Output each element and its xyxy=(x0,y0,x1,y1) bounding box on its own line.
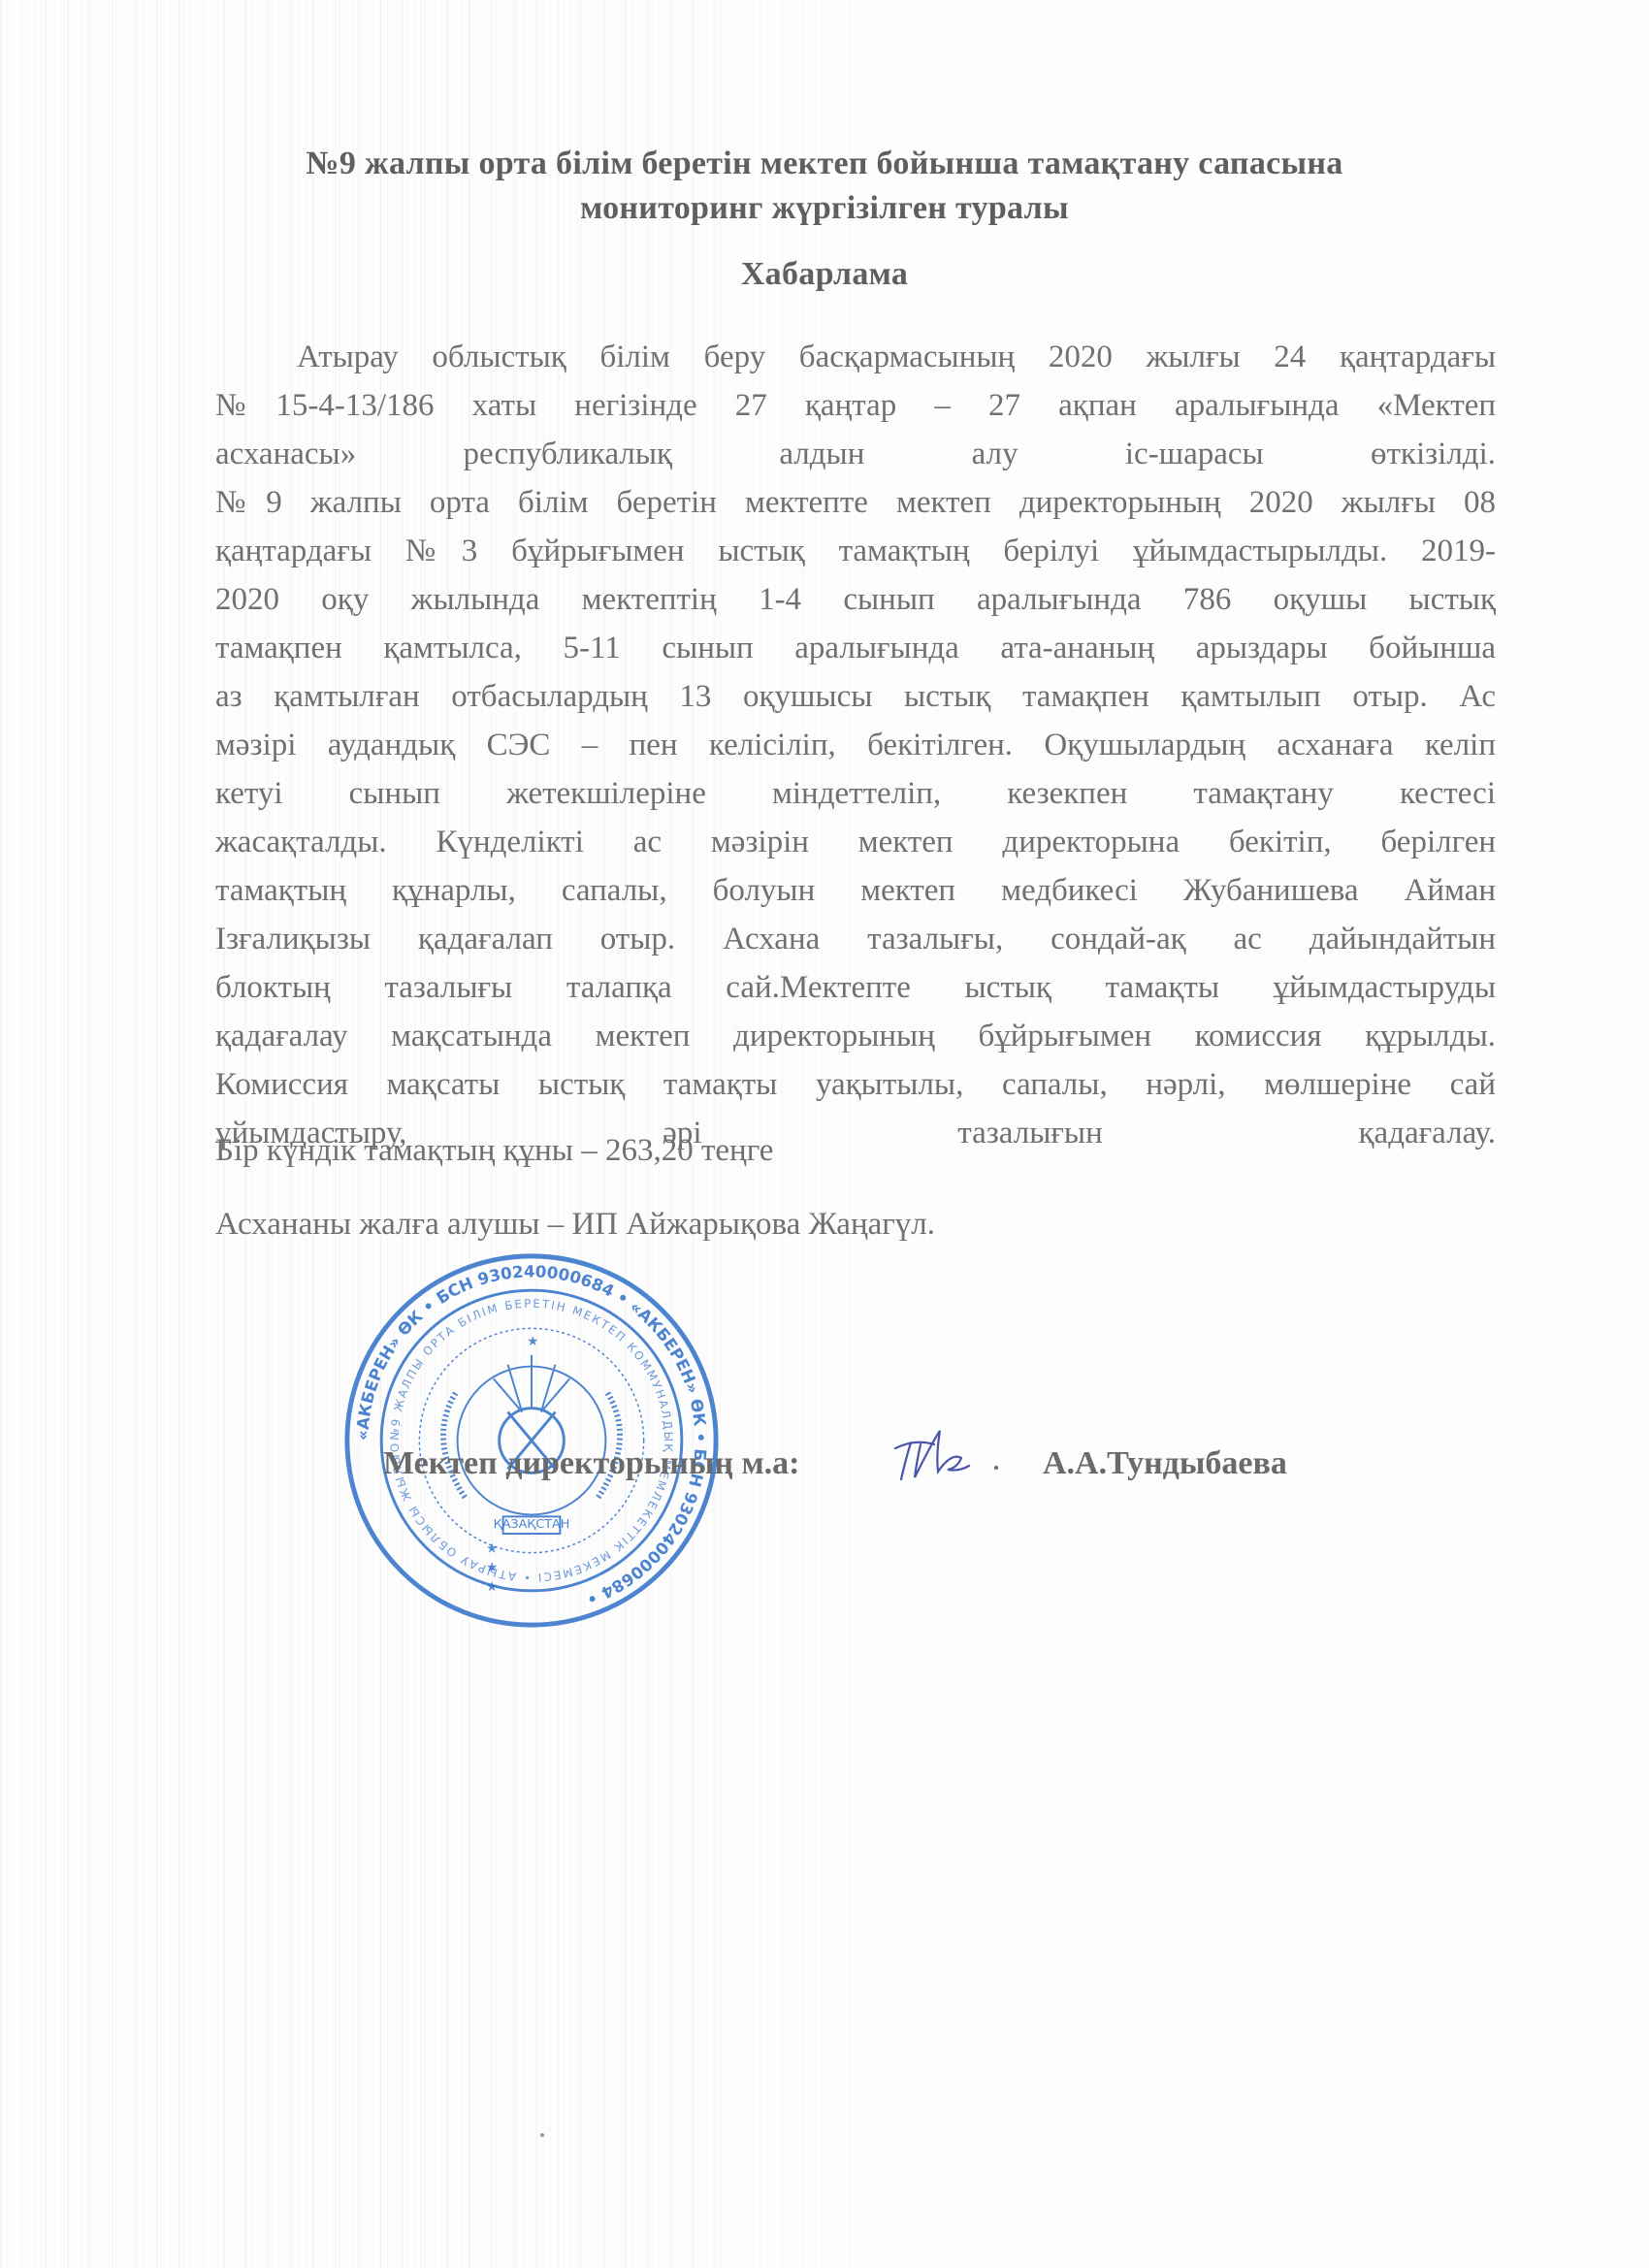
signature-block: Мектеп директорының м.а: А.А.Тундыбаева xyxy=(383,1415,1287,1482)
document-heading: Хабарлама xyxy=(0,256,1649,293)
body-line: блоктың тазалығы талапқа сай.Мектепте ыс… xyxy=(215,963,1496,1012)
meal-price-line: Бір күндік тамақтың құны – 263,20 теңге xyxy=(215,1133,773,1169)
body-line: тамақтың құнарлы, сапалы, болуын мектеп … xyxy=(215,866,1496,915)
body-line: тамақпен қамтылса, 5-11 сынып аралығында… xyxy=(215,624,1496,672)
body-line: аз қамтылған отбасылардың 13 оқушысы ыст… xyxy=(215,672,1496,721)
svg-text:★: ★ xyxy=(486,1579,498,1595)
scan-speck xyxy=(540,2133,544,2137)
svg-text:★: ★ xyxy=(527,1334,538,1349)
document-title-line-2: мониторинг жүргізілген туралы xyxy=(0,190,1649,227)
body-line: қаңтардағы №3 бұйрығымен ыстық тамақтың … xyxy=(215,527,1496,575)
body-line: №9 жалпы орта білім беретін мектепте мек… xyxy=(215,478,1496,527)
body-line: асханасы» республикалық алдын алу іс-шар… xyxy=(215,430,1496,478)
body-line: Атырау облыстық білім беру басқармасының… xyxy=(215,333,1496,381)
document-title-line-1: №9 жалпы орта білім беретін мектеп бойын… xyxy=(0,146,1649,182)
svg-text:ҚАЗАҚСТАН: ҚАЗАҚСТАН xyxy=(494,1517,570,1532)
body-line: кетуі сынып жетекшілеріне міндеттеліп, к… xyxy=(215,769,1496,818)
svg-text:★: ★ xyxy=(486,1560,498,1575)
canteen-tenant-line: Асхананы жалға алушы – ИП Айжарықова Жаң… xyxy=(215,1207,935,1243)
handwritten-signature-icon xyxy=(878,1427,1043,1485)
svg-text:★: ★ xyxy=(486,1541,498,1557)
body-line: жасақталды. Күнделікті ас мәзірін мектеп… xyxy=(215,818,1496,866)
signatory-role: Мектеп директорының м.а: xyxy=(383,1445,878,1482)
body-line: мәзірі аудандық СЭС – пен келісіліп, бек… xyxy=(215,721,1496,769)
body-line: қадағалау мақсатында мектеп директорының… xyxy=(215,1012,1496,1060)
body-line: Комиссия мақсаты ыстық тамақты уақытылы,… xyxy=(215,1060,1496,1109)
body-line: 2020 оқу жылында мектептің 1-4 сынып ара… xyxy=(215,575,1496,624)
signatory-name: А.А.Тундыбаева xyxy=(1043,1445,1287,1482)
document-body: Атырау облыстық білім беру басқармасының… xyxy=(215,333,1496,1157)
body-line: №15-4-13/186 хаты негізінде 27 қаңтар – … xyxy=(215,381,1496,430)
body-line: Ізғалиқызы қадағалап отыр. Асхана тазалы… xyxy=(215,915,1496,963)
